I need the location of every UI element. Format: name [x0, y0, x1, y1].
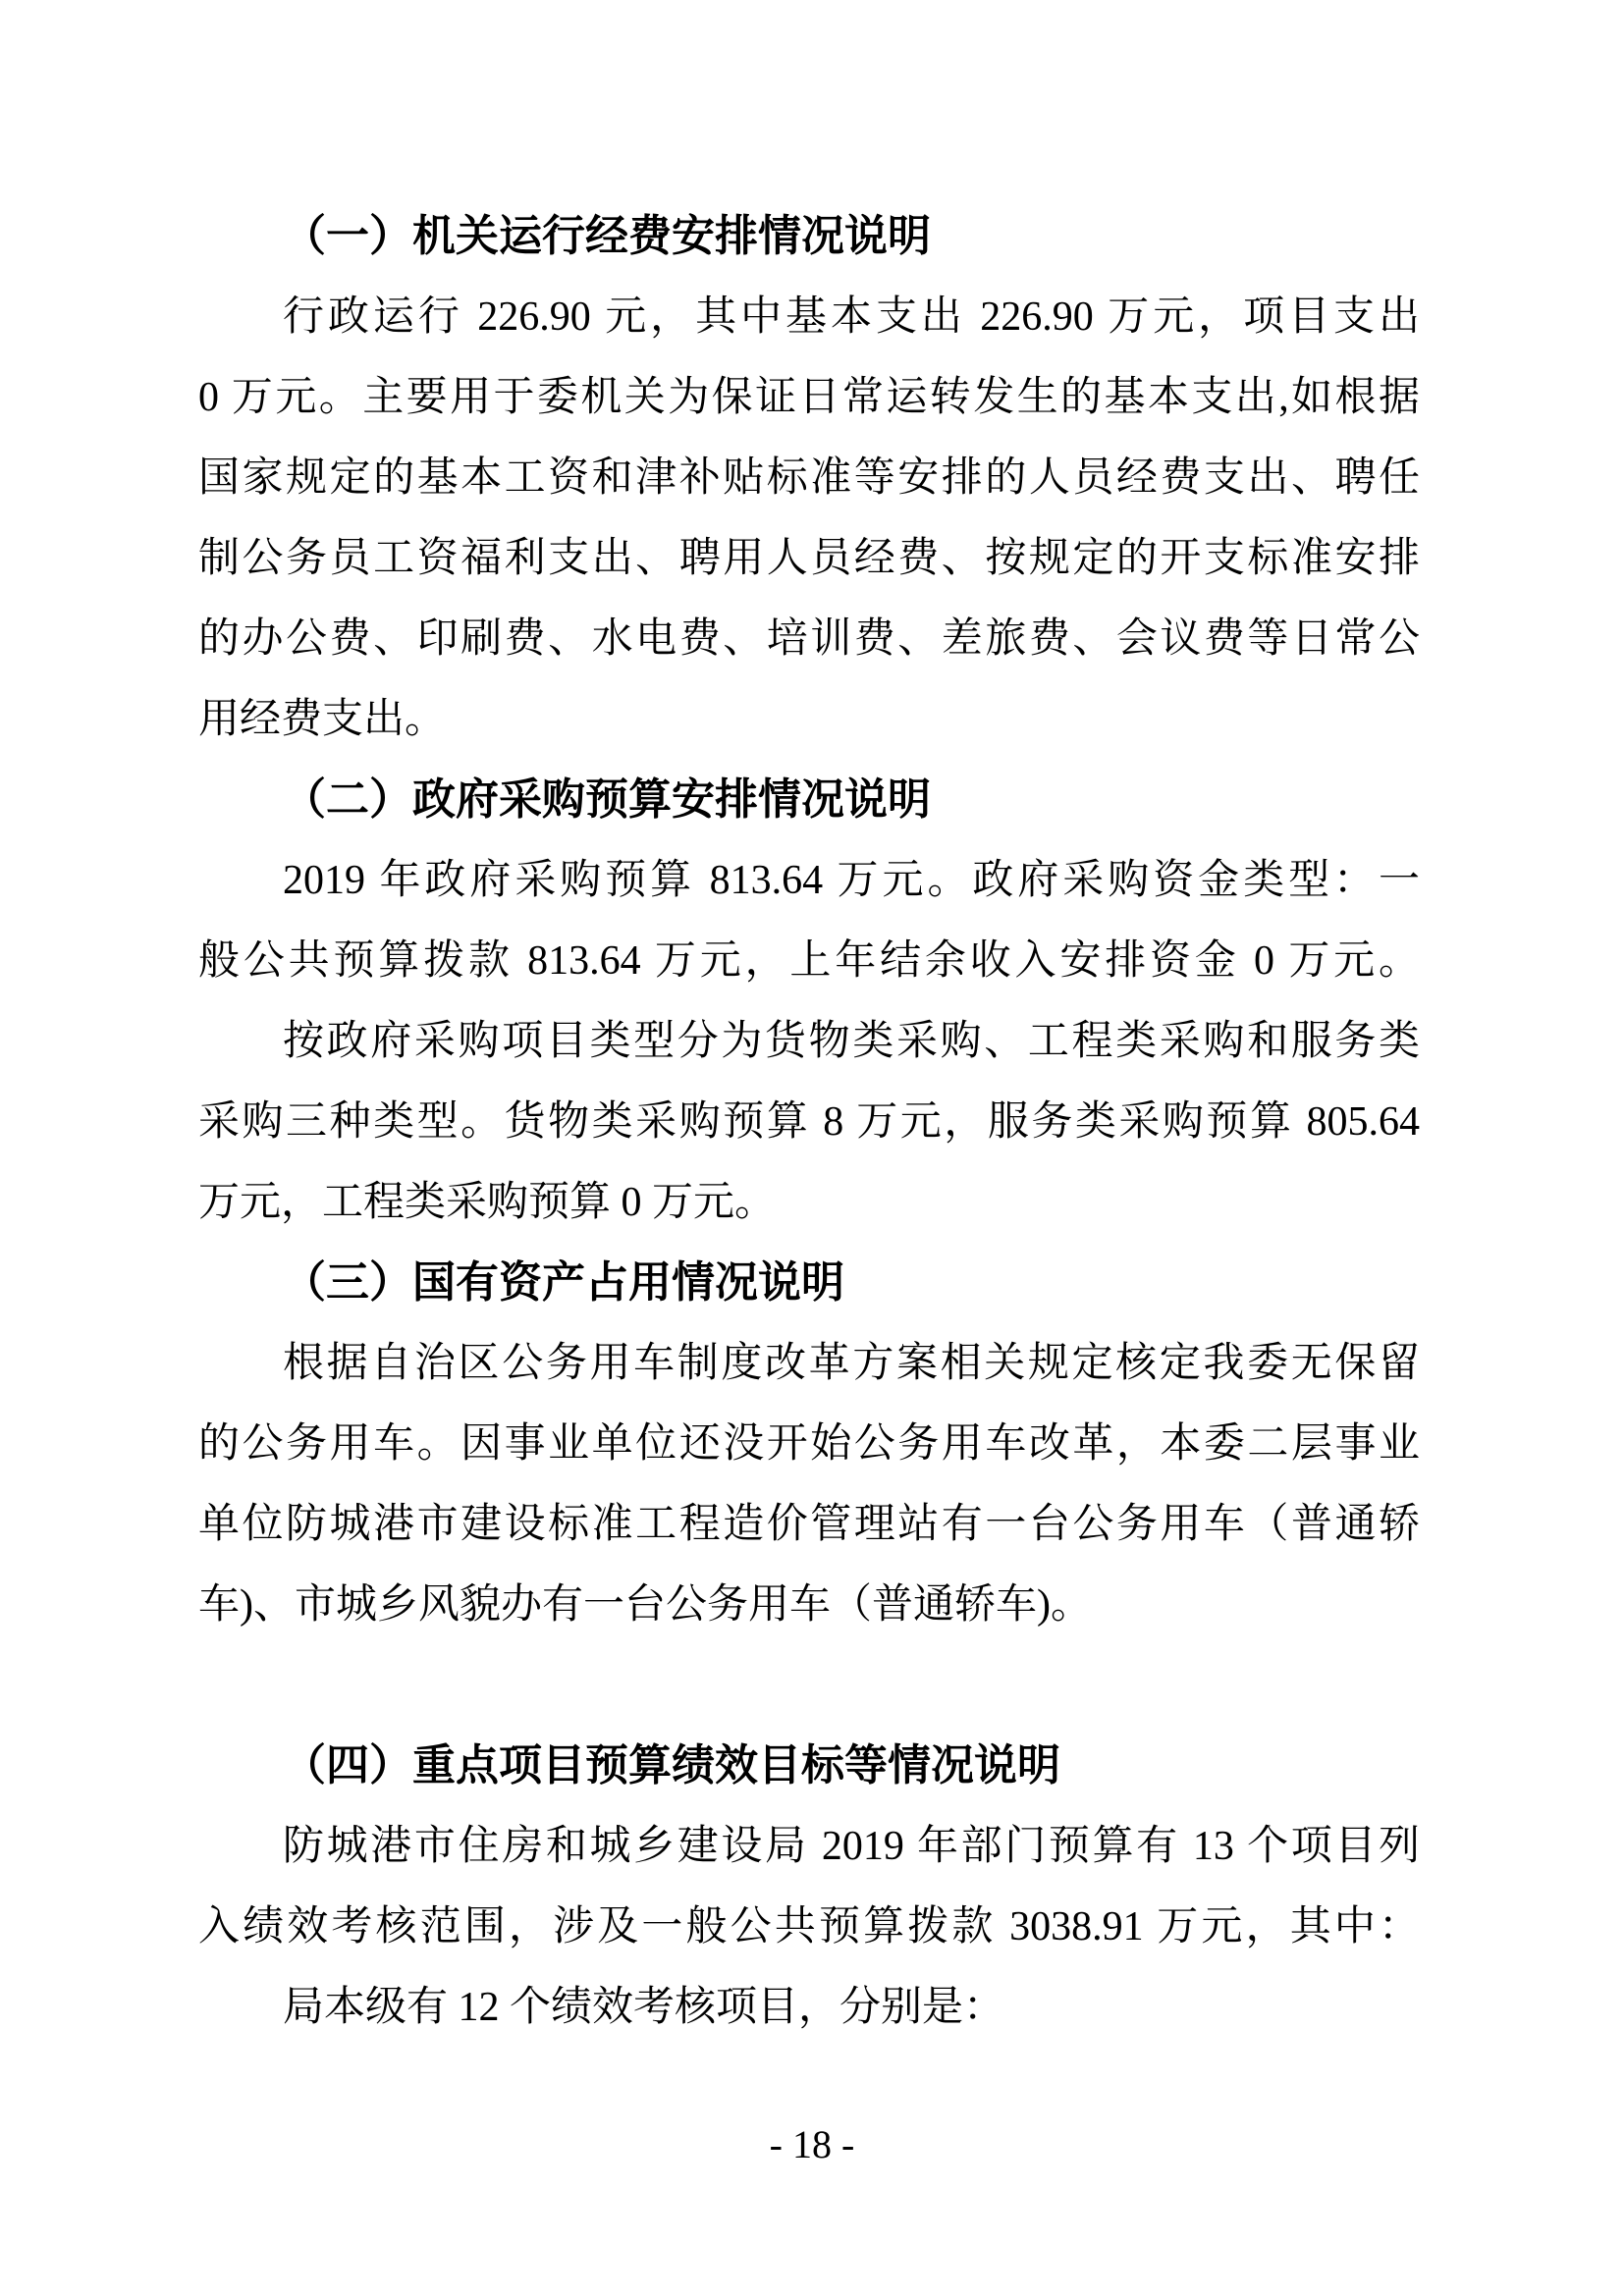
text-line: 制公务员工资福利支出、聘用人员经费、按规定的开支标准安排 [198, 518, 1420, 599]
text-line: 采购三种类型。货物类采购预算 8 万元，服务类采购预算 805.64 [198, 1082, 1420, 1162]
text-line: 根据自治区公务用车制度改革方案相关规定核定我委无保留 [198, 1323, 1420, 1404]
document-body: （一）机关运行经费安排情况说明行政运行 226.90 元，其中基本支出 226.… [198, 196, 1420, 2048]
text-line: 国家规定的基本工资和津补贴标准等安排的人员经费支出、聘任 [198, 438, 1420, 518]
text-line: 车)、市城乡风貌办有一台公务用车（普通轿车)。 [198, 1565, 1420, 1645]
text-line: 0 万元。主要用于委机关为保证日常运转发生的基本支出,如根据 [198, 357, 1420, 438]
text-line: 般公共预算拨款 813.64 万元，上年结余收入安排资金 0 万元。 [198, 921, 1420, 1001]
text-line: 按政府采购项目类型分为货物类采购、工程类采购和服务类 [198, 1001, 1420, 1082]
section-heading-4: （四）重点项目预算绩效目标等情况说明 [198, 1726, 1420, 1806]
text-line: 的办公费、印刷费、水电费、培训费、差旅费、会议费等日常公 [198, 599, 1420, 679]
text-line: 2019 年政府采购预算 813.64 万元。政府采购资金类型：一 [198, 840, 1420, 921]
text-line: 万元，工程类采购预算 0 万元。 [198, 1162, 1420, 1243]
text-line: 局本级有 12 个绩效考核项目，分别是： [198, 1967, 1420, 2048]
text-line: 的公务用车。因事业单位还没开始公务用车改革，本委二层事业 [198, 1404, 1420, 1484]
section-heading-2: （二）政府采购预算安排情况说明 [198, 760, 1420, 840]
text-line: 单位防城港市建设标准工程造价管理站有一台公务用车（普通轿 [198, 1484, 1420, 1565]
page-number: - 18 - [0, 2118, 1624, 2171]
text-line: 入绩效考核范围，涉及一般公共预算拨款 3038.91 万元，其中： [198, 1887, 1420, 1967]
text-line: 用经费支出。 [198, 679, 1420, 760]
document-page: （一）机关运行经费安排情况说明行政运行 226.90 元，其中基本支出 226.… [0, 0, 1624, 2296]
section-heading-3: （三）国有资产占用情况说明 [198, 1243, 1420, 1323]
blank-line [198, 1645, 1420, 1726]
section-heading-1: （一）机关运行经费安排情况说明 [198, 196, 1420, 277]
text-line: 行政运行 226.90 元，其中基本支出 226.90 万元，项目支出 [198, 277, 1420, 357]
text-line: 防城港市住房和城乡建设局 2019 年部门预算有 13 个项目列 [198, 1806, 1420, 1887]
